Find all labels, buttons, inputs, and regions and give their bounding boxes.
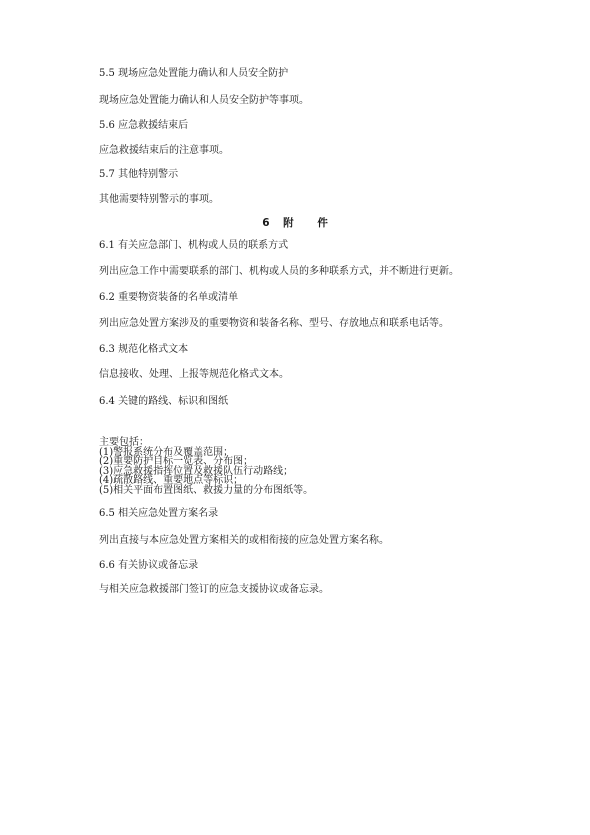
list-6-4: 主要包括： (1)警报系统分布及覆盖范围； (2)重要防护目标一览表、分布图； … xyxy=(99,438,313,496)
heading-5-7: 5.7 其他特别警示 xyxy=(99,169,178,181)
body-6-6: 与相关应急救援部门签订的应急支援协议或备忘录。 xyxy=(99,584,329,596)
list-item: (5)相关平面布置图纸、救援力量的分布图纸等。 xyxy=(99,486,313,496)
heading-6-6: 6.6 有关协议或备忘录 xyxy=(99,560,198,572)
heading-6-5: 6.5 相关应急处置方案名录 xyxy=(99,508,218,520)
body-6-5: 列出直接与本应急处置方案相关的或相衔接的应急处置方案名称。 xyxy=(99,535,389,547)
heading-5-6: 5.6 应急救援结束后 xyxy=(99,120,188,132)
heading-6-2: 6.2 重要物资装备的名单或清单 xyxy=(99,292,238,304)
heading-5-5: 5.5 现场应急处置能力确认和人员安全防护 xyxy=(99,68,288,80)
chapter-number: 6 xyxy=(262,217,269,229)
heading-6-3: 6.3 规范化格式文本 xyxy=(99,344,188,356)
body-5-7: 其他需要特别警示的事项。 xyxy=(99,194,219,206)
body-5-6: 应急救援结束后的注意事项。 xyxy=(99,145,229,157)
chapter-title-part1: 附 xyxy=(283,215,294,230)
chapter-title: 6 附 件 xyxy=(0,215,590,230)
body-6-3: 信息接收、处理、上报等规范化格式文本。 xyxy=(99,369,289,381)
heading-6-1: 6.1 有关应急部门、机构或人员的联系方式 xyxy=(99,240,288,252)
body-5-5: 现场应急处置能力确认和人员安全防护等事项。 xyxy=(99,95,309,107)
chapter-title-part2: 件 xyxy=(317,215,328,230)
heading-6-4: 6.4 关键的路线、标识和图纸 xyxy=(99,396,228,408)
body-6-2: 列出应急处置方案涉及的重要物资和装备名称、型号、存放地点和联系电话等。 xyxy=(99,318,449,330)
body-6-1: 列出应急工作中需要联系的部门、机构或人员的多种联系方式，并不断进行更新。 xyxy=(99,266,459,278)
